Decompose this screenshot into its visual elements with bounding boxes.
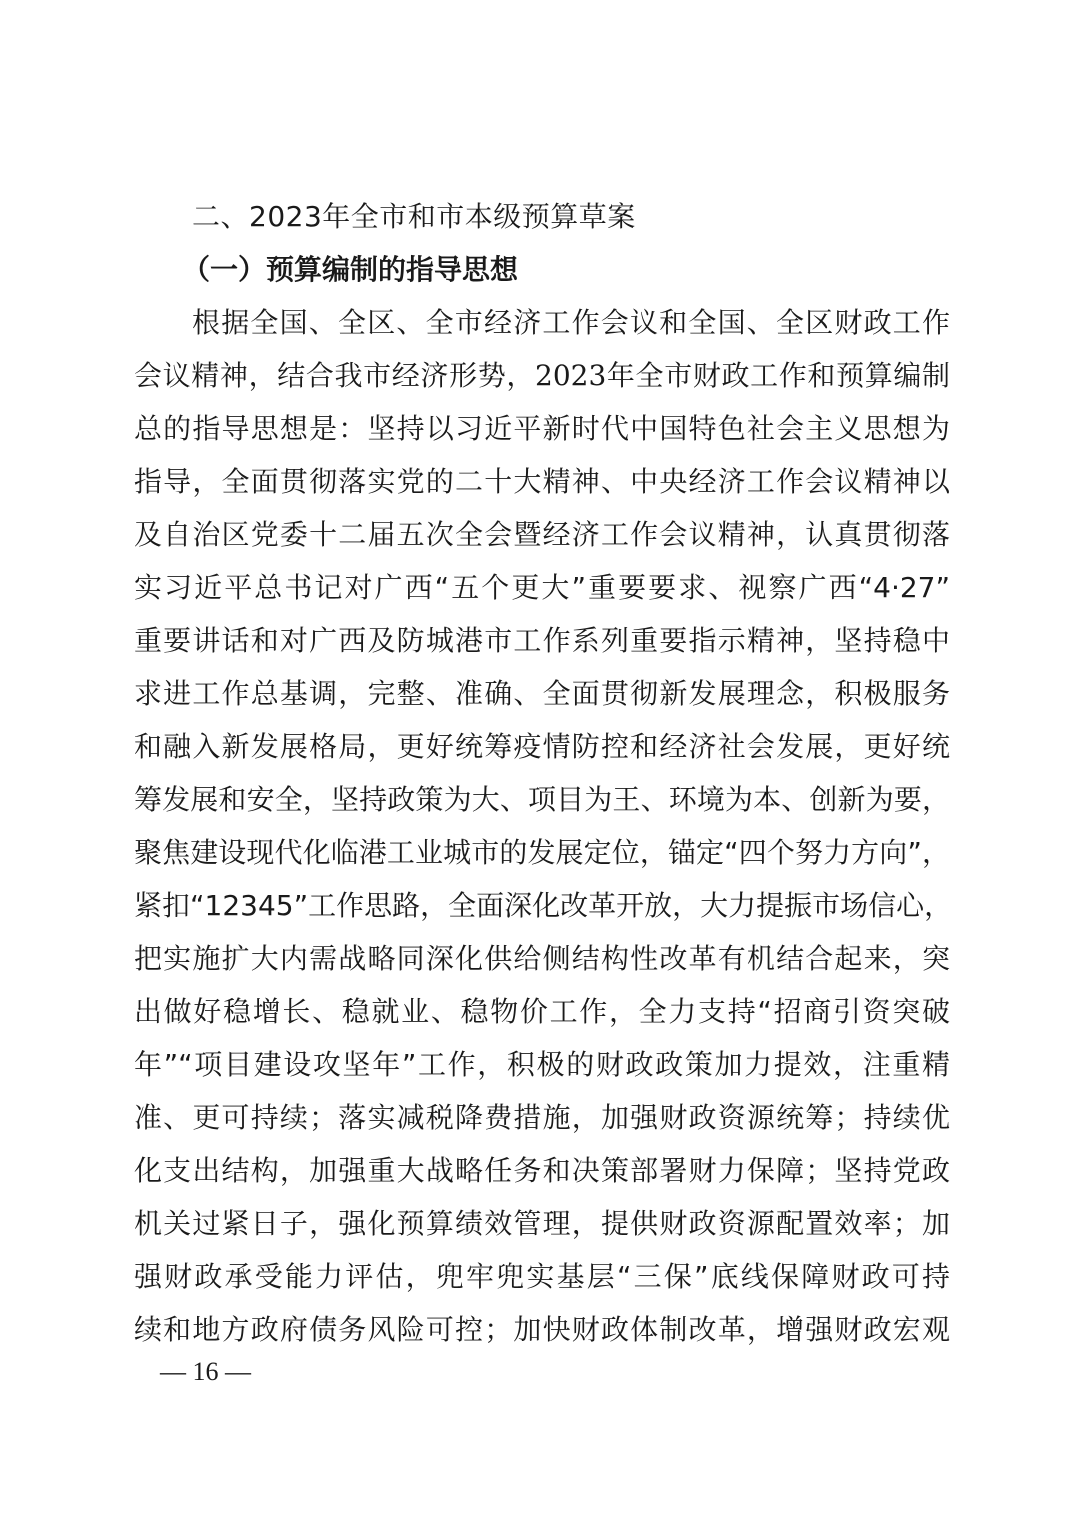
paragraph-line: 根据全国、全区、全市经济工作会议和全国、全区财政工作 [192,306,950,340]
paragraph-line: 出做好稳增长、稳就业、稳物价工作，全力支持“招商引资突破 [134,995,950,1029]
paragraph-line: 强财政承受能力评估，兜牢兜实基层“三保”底线保障财政可持 [134,1260,950,1294]
paragraph-line: 及自治区党委十二届五次全会暨经济工作会议精神，认真贯彻落 [134,518,950,552]
paragraph-line: 聚焦建设现代化临港工业城市的发展定位，锚定“四个努力方向”， [134,836,950,870]
section-heading: 二、2023年全市和市本级预算草案 [192,200,950,234]
paragraph-line: 机关过紧日子，强化预算绩效管理，提供财政资源配置效率；加 [134,1207,950,1241]
subsection-heading: （一）预算编制的指导思想 [182,253,998,287]
paragraph-line: 总的指导思想是：坚持以习近平新时代中国特色社会主义思想为 [134,412,950,446]
paragraph-line: 续和地方政府债务风险可控；加快财政体制改革，增强财政宏观 [134,1313,950,1347]
paragraph-line: 准、更可持续；落实减税降费措施，加强财政资源统筹；持续优 [134,1101,950,1135]
paragraph-line: 指导，全面贯彻落实党的二十大精神、中央经济工作会议精神以 [134,465,950,499]
paragraph-line: 年”“项目建设攻坚年”工作，积极的财政政策加力提效，注重精 [134,1048,950,1082]
paragraph-line: 会议精神，结合我市经济形势，2023年全市财政工作和预算编制 [134,359,950,393]
paragraph-line: 求进工作总基调，完整、准确、全面贯彻新发展理念，积极服务 [134,677,950,711]
paragraph-line: 把实施扩大内需战略同深化供给侧结构性改革有机结合起来，突 [134,942,950,976]
paragraph-line: 化支出结构，加强重大战略任务和决策部署财力保障；坚持党政 [134,1154,950,1188]
page-number: — 16 — [160,1357,251,1387]
paragraph-line: 重要讲话和对广西及防城港市工作系列重要指示精神，坚持稳中 [134,624,950,658]
paragraph-line: 和融入新发展格局，更好统筹疫情防控和经济社会发展，更好统 [134,730,950,764]
document-page: 二、2023年全市和市本级预算草案 （一）预算编制的指导思想 根据全国、全区、全… [0,0,1074,1520]
paragraph-line: 紧扣“12345”工作思路，全面深化改革开放，大力提振市场信心， [134,889,950,923]
paragraph-line: 实习近平总书记对广西“五个更大”重要要求、视察广西“4·27” [134,571,950,605]
paragraph-line: 筹发展和安全，坚持政策为大、项目为王、环境为本、创新为要， [134,783,950,817]
